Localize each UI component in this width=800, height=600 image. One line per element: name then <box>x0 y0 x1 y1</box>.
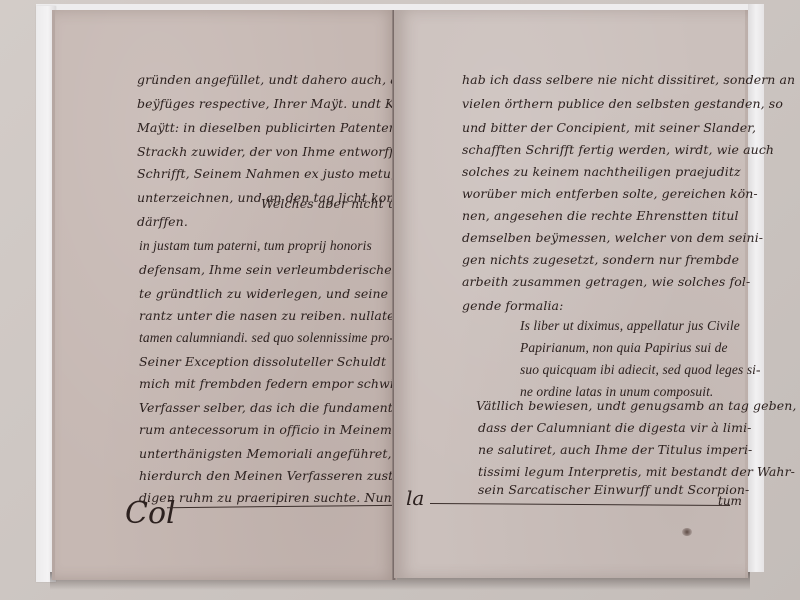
right-after-line-6: sein Sarcatischer Einwurff undt Scorpion… <box>478 482 749 497</box>
right-line-1: hab ich dass selbere nie nicht dissitire… <box>462 72 795 87</box>
left-line-17: mich mit frembden federn empor schwingen… <box>139 376 430 391</box>
latin-quote-line-2: Papirianum, non quia Papirius sui de <box>520 340 728 356</box>
left-page: gründen angefüllet, undt dahero auch, al… <box>52 10 397 580</box>
latin-quote-line-1: Is liber ut diximus, appellatur jus Civi… <box>520 318 740 334</box>
left-line-20: unterthänigsten Memoriali angeführet, un… <box>139 446 425 461</box>
right-line-3: und bitter der Concipient, mit seiner Sl… <box>462 120 756 135</box>
right-line-4: schafften Schrifft fertig werden, wirdt,… <box>462 142 774 157</box>
left-line-7: därffen. <box>137 214 188 229</box>
right-line-9: gen nichts zugesetzt, sondern nur frembd… <box>462 252 739 267</box>
manuscript-photo: gründen angefüllet, undt dahero auch, al… <box>0 0 800 600</box>
latin-quote-line-3: suo quicquam ibi adiecit, sed quod leges… <box>520 362 761 378</box>
right-line-5: solches zu keinem nachtheiligen praejudi… <box>462 164 741 179</box>
right-line-10: arbeith zusammen getragen, wie solches f… <box>462 274 750 289</box>
left-line-12: rantz unter die nasen zu reiben. nullate… <box>139 308 417 323</box>
left-flourish-rule <box>167 505 397 508</box>
right-flourish-rule <box>430 503 730 506</box>
right-after-line-1: Vätllich bewiesen, undt genugsamb an tag… <box>476 398 796 413</box>
left-line-19: rum antecessorum in officio in Meinem al… <box>139 422 425 437</box>
right-catchword: tum <box>718 494 742 508</box>
right-line-11: gende formalia: <box>462 298 563 313</box>
margin-catch: la <box>406 486 424 510</box>
right-line-7: nen, angesehen die rechte Ehrenstten tit… <box>462 208 739 223</box>
left-catchword: Col <box>125 496 176 531</box>
left-line-22: digen ruhm zu praeripiren suchte. Nun <box>139 490 392 505</box>
left-line-2: beÿfüges respective, Ihrer Maÿt. undt Kö… <box>137 96 430 111</box>
ink-stain <box>682 528 692 536</box>
mount-board-right <box>748 4 764 572</box>
right-page: hab ich dass selbere nie nicht dissitire… <box>394 10 748 578</box>
left-line-5: Schrifft, Seinem Nahmen ex justo metu, n… <box>137 166 432 181</box>
right-after-line-4: tissimi legum Interpretis, mit bestandt … <box>478 464 795 479</box>
right-line-8: demselben beÿmessen, welcher von dem sei… <box>462 230 763 245</box>
left-line-16: Seiner Exception dissoluteller Schuldt <box>139 354 386 369</box>
right-after-line-3: ne salutiret, auch Ihme der Titulus impe… <box>478 442 752 457</box>
right-after-line-2: dass der Calumniant die digesta vir à li… <box>478 420 752 435</box>
left-line-9: in justam tum paterni, tum proprij honor… <box>139 238 372 254</box>
left-line-4: Strackh zuwider, der von Ihme entworffen… <box>137 144 425 159</box>
left-line-21: hierdurch den Meinen Verfasseren zuständ… <box>139 468 421 483</box>
left-line-13: tamen calumniandi. sed quo solennissime … <box>139 330 394 346</box>
right-line-6: worüber mich entferben solte, gereichen … <box>462 186 758 201</box>
left-line-11: te gründtlich zu widerlegen, und seine i… <box>139 286 425 301</box>
right-line-2: vielen örthern publice den selbsten gest… <box>462 96 783 111</box>
